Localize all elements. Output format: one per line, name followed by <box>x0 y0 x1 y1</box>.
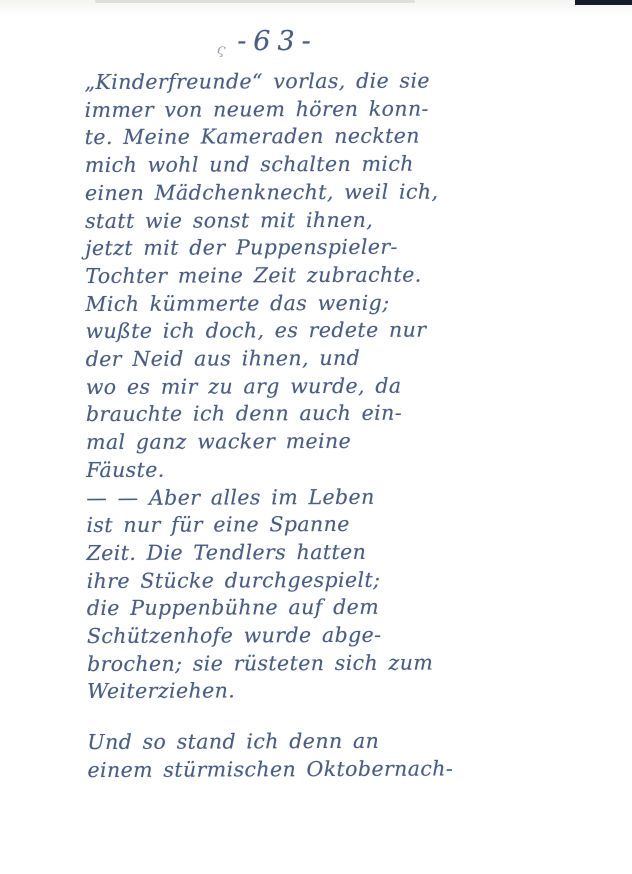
handwriting-line: ihre Stücke durchgespielt; <box>87 566 565 596</box>
handwriting-line: Weiterziehen. <box>87 676 565 706</box>
handwriting-line: Schützenhofe wurde abge- <box>87 621 565 651</box>
handwriting-line: brauchte ich denn auch ein- <box>86 399 564 429</box>
page-number: -63- <box>0 26 555 57</box>
handwriting-line: statt wie sonst mit ihnen, <box>85 205 563 235</box>
scan-smudge-top-edge <box>95 0 415 3</box>
handwriting-line: immer von neuem hören konn- <box>85 95 563 125</box>
handwriting-line: jetzt mit der Puppenspieler- <box>85 233 563 263</box>
handwriting-line: mich wohl und schalten mich <box>85 150 563 180</box>
handwriting-line: „Kinderfreunde“ vorlas, die sie <box>84 67 562 97</box>
handwriting-line: wo es mir zu arg wurde, da <box>86 372 564 402</box>
scan-artifact-corner-bar <box>575 0 632 5</box>
handwriting-line: Tochter meine Zeit zubrachte. <box>85 261 563 291</box>
scanned-handwritten-page: ς -63- „Kinderfreunde“ vorlas, die sie i… <box>0 0 632 874</box>
handwriting-line: mal ganz wacker meine <box>86 427 564 457</box>
handwriting-line: einem stürmischen Oktobernach- <box>87 755 565 785</box>
handwriting-line: einen Mädchenknecht, weil ich, <box>85 178 563 208</box>
handwriting-line: ist nur für eine Spanne <box>86 510 564 540</box>
handwriting-line: der Neid aus ihnen, und <box>86 344 564 374</box>
handwriting-line: Mich kümmerte das wenig; <box>85 289 563 319</box>
handwriting-line: Fäuste. <box>86 455 564 485</box>
handwriting-line: brochen; sie rüsteten sich zum <box>87 649 565 679</box>
handwriting-line: wußte ich doch, es redete nur <box>86 316 564 346</box>
handwriting-line: te. Meine Kameraden neckten <box>85 122 563 152</box>
handwriting-line: — — Aber alles im Leben <box>86 483 564 513</box>
handwritten-text-body: „Kinderfreunde“ vorlas, die sie immer vo… <box>84 67 565 785</box>
handwriting-block-main: „Kinderfreunde“ vorlas, die sie immer vo… <box>84 67 565 706</box>
handwriting-line: Und so stand ich denn an <box>87 727 565 757</box>
handwriting-line: Zeit. Die Tendlers hatten <box>86 538 564 568</box>
handwriting-block-closing: Und so stand ich denn an einem stürmisch… <box>87 727 565 784</box>
handwriting-line: die Puppenbühne auf dem <box>87 593 565 623</box>
